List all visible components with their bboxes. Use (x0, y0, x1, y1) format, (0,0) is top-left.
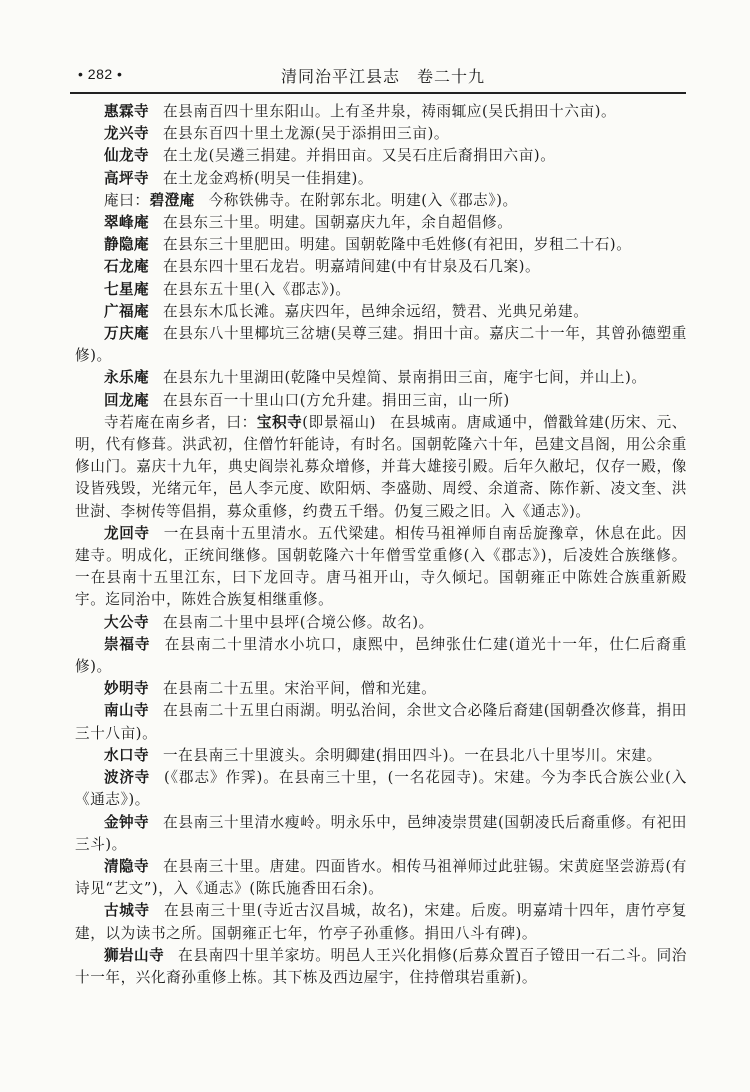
entry-baoji-temple: 寺若庵在南乡者，曰：宝积寺(即景福山)在县城南。唐咸通中，僧戳耸建(历宋、元、明… (75, 412, 687, 523)
entry-yongle-nunnery: 永乐庵在县东九十里湖田(乾隆中吴煌简、景南捐田三亩，庵宇七间，并山上)。 (75, 367, 687, 389)
entry-text: 在县南二十五里白雨湖。明弘治间，余世文合必隆后裔建(国朝叠次修葺，捐田三十八亩)… (75, 702, 687, 741)
entry-jinzhong-temple: 金钟寺在县南三十里清水瘦岭。明永乐中，邑绅凌崇贯建(国朝凌氏后裔重修。有祀田三斗… (75, 812, 687, 856)
entry-text: 在土龙(吴遴三捐建。并捐田亩。又吴石庄后裔捐田六亩)。 (163, 147, 555, 164)
entry-name: 静隐庵 (104, 236, 149, 253)
entry-name: 石龙庵 (104, 258, 149, 275)
entry-name: 崇福寺 (104, 636, 150, 653)
entry-text: 在县南三十里(寺近古汉昌城，故名)，宋建。后废。明嘉靖十四年，唐竹亭复建，以为读… (75, 902, 687, 941)
entry-name: 龙回寺 (104, 525, 150, 542)
header-rule (70, 92, 686, 94)
entry-name: 南山寺 (104, 702, 149, 719)
entry-qingyin-temple: 清隐寺在县南三十里。唐建。四面皆水。相传马祖禅师过此驻锡。宋黄庭坚尝游焉(有诗见… (75, 856, 687, 900)
entry-wanqing-nunnery: 万庆庵在县东八十里椰坑三岔塘(吴尊三建。捐田十亩。嘉庆二十一年，其曾孙德塑重修)… (75, 323, 687, 367)
entry-text: 在县南百四十里东阳山。上有圣井泉，祷雨辄应(吴氏捐田十六亩)。 (163, 103, 616, 120)
entry-qixing-nunnery: 七星庵在县东五十里(入《郡志》)。 (75, 279, 687, 301)
entry-gaoping-temple: 高坪寺在土龙金鸡桥(明吴一佳捐建)。 (75, 168, 687, 190)
entry-name: 大公寺 (104, 614, 149, 631)
entry-shuikou-temple: 水口寺一在县南三十里渡头。余明卿建(捐田四斗)。一在县北八十里岑川。宋建。 (75, 745, 687, 767)
entry-shiyanshan-temple: 狮岩山寺在县南四十里羊家坊。明邑人王兴化捐修(后募众置百子镫田一石二斗。同治十一… (75, 945, 687, 989)
entry-longhui-temple: 龙回寺一在县南十五里清水。五代梁建。相传马祖禅师自南岳旋豫章，休息在此。因建寺。… (75, 523, 687, 612)
entry-text: 在县东百四十里土龙源(吴于添捐田三亩)。 (163, 125, 449, 142)
page-header: • 282 • 清同治平江县志 卷二十九 (72, 62, 684, 92)
entry-text: 在县南二十里清水小坑口，康熙中，邑绅张仕仁建(道光十一年，仕仁后裔重修)。 (75, 636, 687, 675)
entry-bicheng-nunnery: 庵曰：碧澄庵今称铁佛寺。在附郭东北。明建(入《郡志》)。 (75, 190, 687, 212)
entry-text: 在县东百一十里山口(方允升建。捐田三亩，山一所) (163, 392, 510, 409)
entry-name: 水口寺 (104, 747, 149, 764)
entry-text: 在县南二十里中县坪(合境公修。故名)。 (163, 614, 434, 631)
entry-name: 妙明寺 (104, 680, 149, 697)
entry-text: 在县东四十里石龙岩。明嘉靖间建(中有甘泉及石几案)。 (163, 258, 540, 275)
entry-chongfu-temple: 崇福寺在县南二十里清水小坑口，康熙中，邑绅张仕仁建(道光十一年，仕仁后裔重修)。 (75, 634, 687, 678)
entry-shilong-nunnery: 石龙庵在县东四十里石龙岩。明嘉靖间建(中有甘泉及石几案)。 (75, 256, 687, 278)
entry-text: 在县南三十里清水瘦岭。明永乐中，邑绅凌崇贯建(国朝凌氏后裔重修。有祀田三斗)。 (75, 814, 687, 853)
entry-prefix: 寺若庵在南乡者，曰： (104, 414, 257, 431)
entry-text: 在县南三十里。唐建。四面皆水。相传马祖禅师过此驻锡。宋黄庭坚尝游焉(有诗见“艺文… (75, 858, 687, 897)
entry-longxing-temple: 龙兴寺在县东百四十里土龙源(吴于添捐田三亩)。 (75, 123, 687, 145)
entry-text: 在县东五十里(入《郡志》)。 (163, 281, 351, 298)
entry-name: 古城寺 (104, 902, 150, 919)
entry-text: 在土龙金鸡桥(明吴一佳捐建)。 (163, 170, 373, 187)
entry-xianlong-temple: 仙龙寺在土龙(吴遴三捐建。并捐田亩。又吴石庄后裔捐田六亩)。 (75, 145, 687, 167)
entry-name: 龙兴寺 (104, 125, 149, 142)
entry-boji-temple: 波济寺(《郡志》作霁)。在县南三十里，(一名花园寺)。宋建。今为李氏合族公业(入… (75, 767, 687, 811)
entry-miaoming-temple: 妙明寺在县南二十五里。宋治平间，僧和光建。 (75, 678, 687, 700)
entry-name: 波济寺 (104, 769, 150, 786)
entry-text: 一在县南三十里渡头。余明卿建(捐田四斗)。一在县北八十里岑川。宋建。 (163, 747, 662, 764)
entry-name: 七星庵 (104, 281, 149, 298)
entry-text: 在县东木瓜长滩。嘉庆四年，邑绅余远绍，赞君、光典兄弟建。 (163, 303, 588, 320)
entry-text: 在县南二十五里。宋治平间，僧和光建。 (163, 680, 437, 697)
entry-text: 一在县南十五里清水。五代梁建。相传马祖禅师自南岳旋豫章，休息在此。因建寺。明成化… (75, 525, 687, 609)
entry-name: 回龙庵 (104, 392, 149, 409)
entry-name: 仙龙寺 (104, 147, 149, 164)
running-title: 清同治平江县志 卷二十九 (72, 64, 684, 87)
entry-cuifeng-nunnery: 翠峰庵在县东三十里。明建。国朝嘉庆九年，余自超倡修。 (75, 212, 687, 234)
entry-text: (《郡志》作霁)。在县南三十里，(一名花园寺)。宋建。今为李氏合族公业(入《通志… (75, 769, 687, 808)
entry-suffix: (即景福山) (302, 414, 376, 431)
entry-name: 万庆庵 (104, 325, 149, 342)
entry-dagong-temple: 大公寺在县南二十里中县坪(合境公修。故名)。 (75, 612, 687, 634)
entry-text: 在县东九十里湖田(乾隆中吴煌简、景南捐田三亩，庵宇七间，并山上)。 (163, 369, 647, 386)
entry-name: 金钟寺 (104, 814, 149, 831)
entry-guangfu-nunnery: 广福庵在县东木瓜长滩。嘉庆四年，邑绅余远绍，赞君、光典兄弟建。 (75, 301, 687, 323)
entry-text: 在县东三十里。明建。国朝嘉庆九年，余自超倡修。 (163, 214, 512, 231)
entry-text: 在县东八十里椰坑三岔塘(吴尊三建。捐田十亩。嘉庆二十一年，其曾孙德塑重修)。 (75, 325, 687, 364)
entry-name: 狮岩山寺 (104, 947, 164, 964)
entry-nanshan-temple: 南山寺在县南二十五里白雨湖。明弘治间，余世文合必隆后裔建(国朝叠次修葺，捐田三十… (75, 700, 687, 744)
entry-huilin-temple: 惠霖寺在县南百四十里东阳山。上有圣井泉，祷雨辄应(吴氏捐田十六亩)。 (75, 101, 687, 123)
entry-name: 清隐寺 (104, 858, 149, 875)
entry-name: 高坪寺 (104, 170, 149, 187)
entry-huilong-nunnery: 回龙庵在县东百一十里山口(方允升建。捐田三亩，山一所) (75, 390, 687, 412)
entry-jingyin-nunnery: 静隐庵在县东三十里肥田。明建。国朝乾隆中毛姓修(有祀田，岁租二十石)。 (75, 234, 687, 256)
entry-name: 广福庵 (104, 303, 149, 320)
entry-text: 今称铁佛寺。在附郭东北。明建(入《郡志》)。 (209, 192, 518, 209)
entry-text: 在县南四十里羊家坊。明邑人王兴化捐修(后募众置百子镫田一石二斗。同治十一年，兴化… (75, 947, 687, 986)
entry-text: 在县东三十里肥田。明建。国朝乾隆中毛姓修(有祀田，岁租二十石)。 (163, 236, 631, 253)
entry-name: 翠峰庵 (104, 214, 149, 231)
body-text: 惠霖寺在县南百四十里东阳山。上有圣井泉，祷雨辄应(吴氏捐田十六亩)。 龙兴寺在县… (75, 101, 687, 989)
entry-name: 碧澄庵 (150, 192, 195, 209)
entry-name: 永乐庵 (104, 369, 149, 386)
entry-prefix: 庵曰： (104, 192, 150, 209)
entry-gucheng-temple: 古城寺在县南三十里(寺近古汉昌城，故名)，宋建。后废。明嘉靖十四年，唐竹亭复建，… (75, 900, 687, 944)
entry-name: 宝积寺 (257, 414, 302, 431)
entry-name: 惠霖寺 (104, 103, 149, 120)
